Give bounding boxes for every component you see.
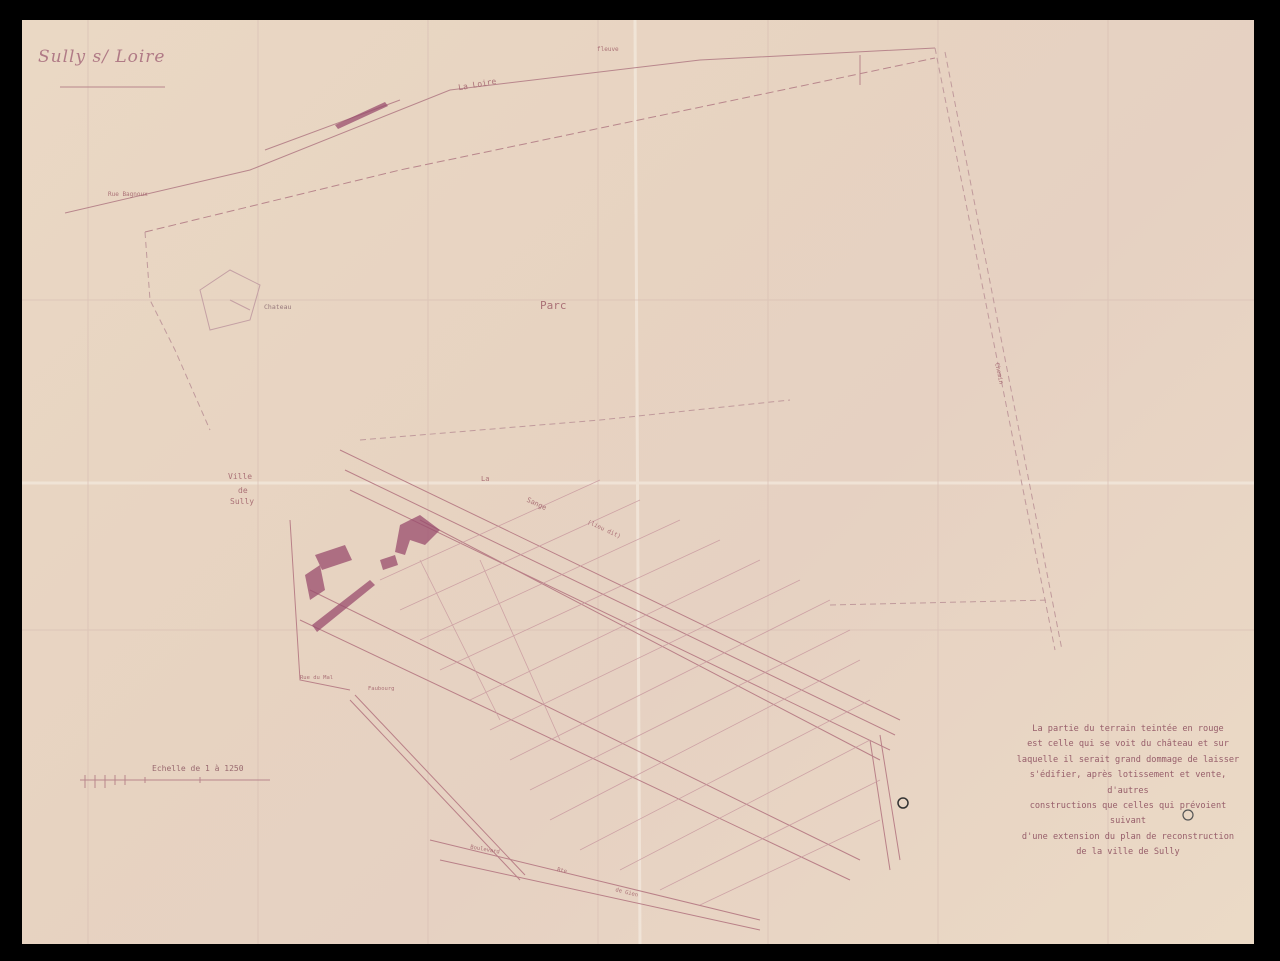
scale-bar: [80, 775, 270, 788]
map-title: Sully s/ Loire: [38, 47, 165, 67]
label-left-street: Rue du Mal: [300, 675, 333, 681]
river-lines: [65, 48, 935, 232]
label-ville-1: Ville: [228, 472, 252, 481]
label-ville-2: de: [238, 486, 248, 495]
stamp-icon: [898, 798, 908, 808]
label-ville-3: Sully: [230, 497, 254, 506]
scale-label: Echelle de 1 à 1250: [152, 764, 244, 773]
park-boundary: [145, 48, 1062, 650]
note-line: s'édifier, après lotissement et vente, d…: [1012, 768, 1244, 799]
label-parc: Parc: [540, 299, 567, 312]
note-line: est celle qui se voit du château et sur: [1012, 737, 1244, 752]
note-line: d'une extension du plan de reconstructio…: [1012, 830, 1244, 845]
note-line: laquelle il serait grand dommage de lais…: [1012, 753, 1244, 768]
note-line: constructions que celles qui prévoient s…: [1012, 799, 1244, 830]
label-chateau: Chateau: [264, 303, 291, 311]
label-left-street-2: Faubourg: [368, 686, 395, 692]
highlight-buildings: [305, 515, 440, 632]
label-sange-1: La: [481, 475, 489, 483]
note-line: de la ville de Sully: [1012, 845, 1244, 860]
label-left-road: Rue Bagnoux: [108, 191, 148, 198]
annotation-note: La partie du terrain teintée en rouge es…: [1012, 722, 1244, 861]
note-line: La partie du terrain teintée en rouge: [1012, 722, 1244, 737]
hatch-lines: [380, 480, 880, 905]
label-river-note: fleuve: [597, 46, 619, 53]
